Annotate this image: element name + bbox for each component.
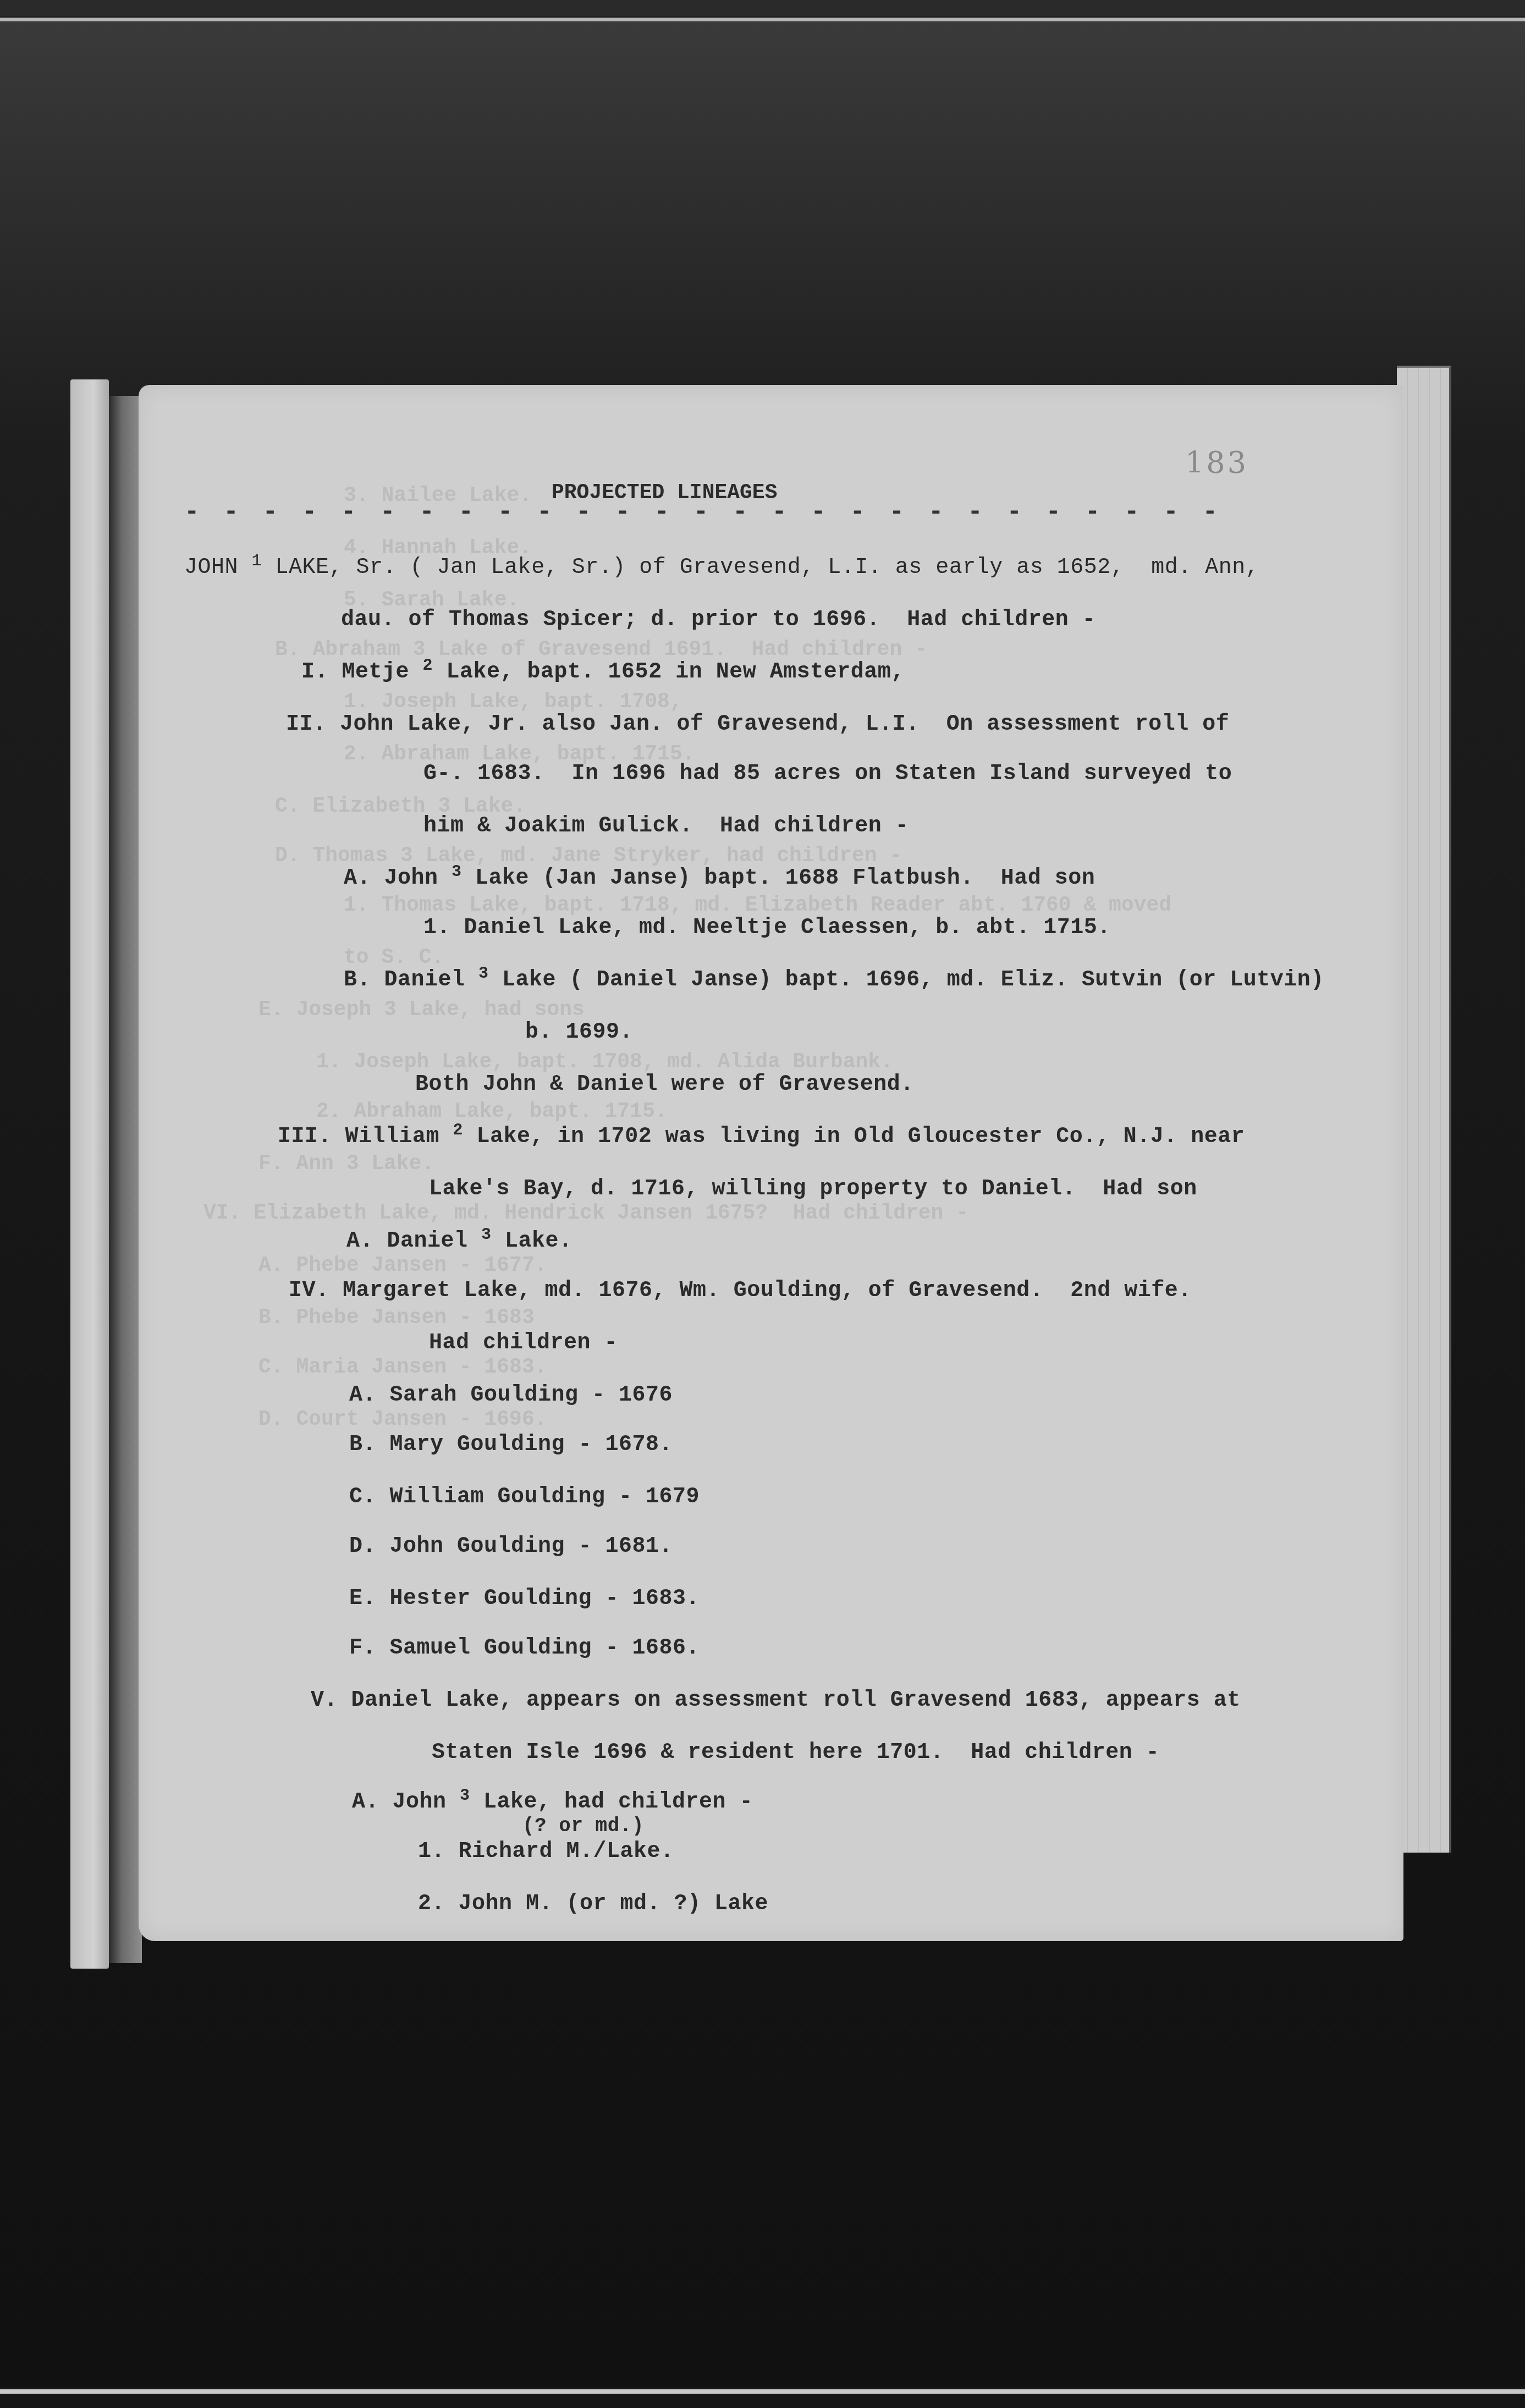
lineage-line: b. 1699.	[525, 1020, 633, 1045]
lineage-entry-IV-D: D. John Goulding - 1681.	[349, 1534, 673, 1559]
bleed-through-line: D. Court Jansen - 1696.	[258, 1408, 547, 1431]
lineage-annotation: (? or md.)	[522, 1815, 644, 1837]
bleed-through-line: A. Phebe Jansen - 1677.	[258, 1254, 547, 1277]
lineage-entry-II-A: A. John 3 Lake (Jan Janse) bapt. 1688 Fl…	[344, 866, 1095, 891]
dashed-rule-divider: - - - - - - - - - - - - - - - - - - - - …	[184, 498, 1240, 526]
lineage-entry-IV-F: F. Samuel Goulding - 1686.	[349, 1636, 700, 1661]
bleed-through-line: VI. Elizabeth Lake, md. Hendrick Jansen …	[203, 1202, 968, 1225]
lineage-entry-V-A-2: 2. John M. (or md. ?) Lake	[418, 1892, 768, 1916]
bleed-through-line: D. Thomas 3 Lake, md. Jane Stryker, had …	[275, 844, 902, 868]
lineage-entry-IV-E: E. Hester Goulding - 1683.	[349, 1586, 700, 1611]
bleed-through-line: B. Phebe Jansen - 1683	[258, 1306, 535, 1330]
lineage-entry-root: JOHN 1 LAKE, Sr. ( Jan Lake, Sr.) of Gra…	[184, 555, 1259, 580]
bleed-through-line: 1. Joseph Lake, bapt. 1708,	[344, 690, 682, 714]
book-gutter	[109, 396, 142, 1963]
bleed-through-line: E. Joseph 3 Lake, had sons	[258, 998, 585, 1022]
lineage-line: G-. 1683. In 1696 had 85 acres on Staten…	[423, 762, 1232, 786]
lineage-line: dau. of Thomas Spicer; d. prior to 1696.…	[341, 608, 1095, 632]
lineage-line: Staten Isle 1696 & resident here 1701. H…	[432, 1740, 1159, 1765]
lineage-line: Had children -	[429, 1331, 618, 1355]
lineage-entry-IV-A: A. Sarah Goulding - 1676	[349, 1383, 673, 1408]
lineage-entry-III: III. William 2 Lake, in 1702 was living …	[278, 1125, 1245, 1149]
lineage-entry-II: II. John Lake, Jr. also Jan. of Gravesen…	[286, 712, 1229, 737]
bleed-through-line: to S. C.	[344, 946, 444, 969]
bleed-through-line: 1. Thomas Lake, bapt. 1718, md. Elizabet…	[344, 894, 1171, 917]
bleed-through-line: 2. Abraham Lake, bapt. 1715.	[316, 1100, 668, 1123]
bleed-through-line: F. Ann 3 Lake.	[258, 1152, 434, 1176]
lineage-entry-V: V. Daniel Lake, appears on assessment ro…	[311, 1688, 1241, 1713]
lineage-line: him & Joakim Gulick. Had children -	[423, 814, 909, 839]
film-edge-line-bottom	[0, 2389, 1525, 2394]
lineage-entry-III-A: A. Daniel 3 Lake.	[346, 1229, 572, 1254]
bleed-through-line: 1. Joseph Lake, bapt. 1708, md. Alida Bu…	[316, 1050, 893, 1074]
lineage-entry-V-A-1: 1. Richard M./Lake.	[418, 1839, 674, 1864]
bleed-through-line: C. Maria Jansen - 1683.	[258, 1355, 547, 1379]
lineage-note: Both John & Daniel were of Gravesend.	[415, 1072, 914, 1097]
lineage-entry-II-B: B. Daniel 3 Lake ( Daniel Janse) bapt. 1…	[344, 968, 1324, 993]
lineage-entry-IV: IV. Margaret Lake, md. 1676, Wm. Gouldin…	[289, 1279, 1192, 1303]
lineage-line: Lake's Bay, d. 1716, willing property to…	[429, 1177, 1197, 1202]
lineage-entry-IV-B: B. Mary Goulding - 1678.	[349, 1432, 673, 1457]
film-edge-line	[0, 18, 1525, 21]
lineage-entry-I: I. Metje 2 Lake, bapt. 1652 in New Amste…	[301, 660, 905, 685]
left-page-edge	[70, 379, 109, 1969]
page-number: 183	[1185, 445, 1248, 480]
bleed-through-line: B. Abraham 3 Lake of Gravesend 1691. Had…	[275, 638, 927, 662]
lineage-entry-V-A: A. John 3 Lake, had children -	[352, 1790, 753, 1815]
lineage-entry-II-A-1: 1. Daniel Lake, md. Neeltje Claessen, b.…	[423, 916, 1111, 940]
film-top-strip	[0, 0, 1525, 16]
lineage-entry-IV-C: C. William Goulding - 1679	[349, 1485, 700, 1509]
page-stack-edge	[1397, 366, 1451, 1853]
